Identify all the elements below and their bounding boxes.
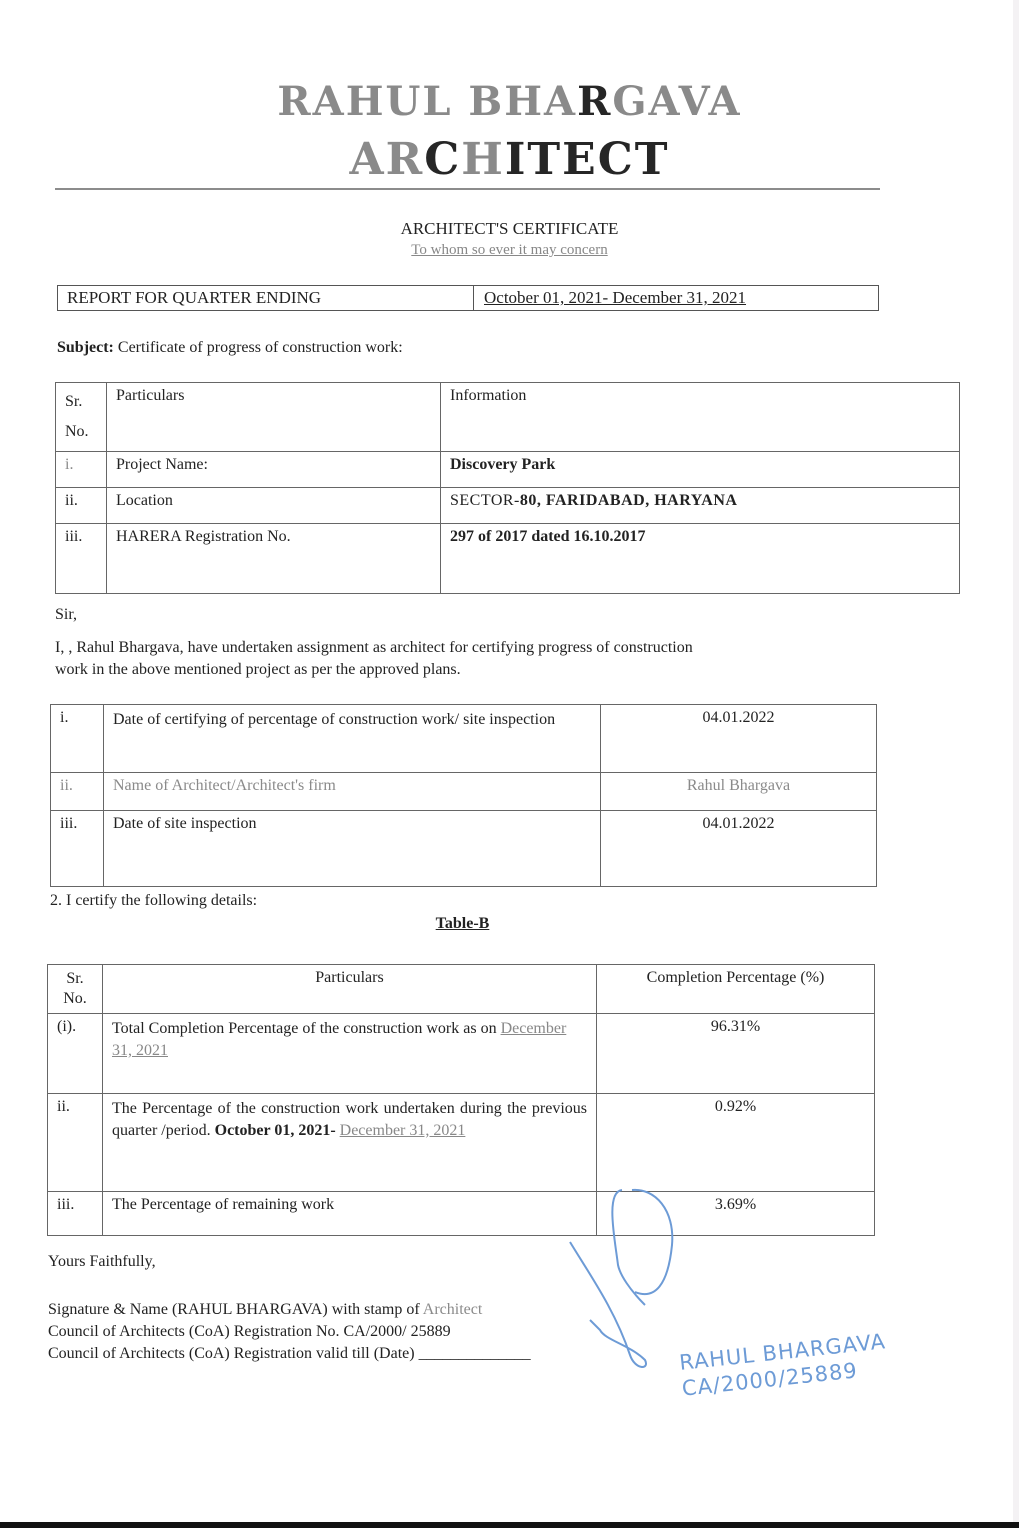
signature-line-text: Signature & Name (RAHUL BHARGAVA) with s… [48,1301,423,1318]
cell-sr: i. [56,452,107,488]
header-sr-line1: Sr. [65,393,82,410]
certify-text: 2. I certify the following details: [50,890,257,912]
cell-sr: iii. [48,1192,103,1236]
cell-sr: (i). [48,1014,103,1094]
table-row: ii. The Percentage of the construction w… [48,1094,875,1192]
table-row: i. Project Name: Discovery Park [56,452,960,488]
cell-particular: HARERA Registration No. [107,524,441,594]
signature-block: Signature & Name (RAHUL BHARGAVA) with s… [48,1299,531,1365]
cell-info: SECTOR-80, FARIDABAD, HARYANA [441,488,960,524]
cell-particular-date: December 31, 2021 [340,1122,466,1139]
header-cell-completion: Completion Percentage (%) [597,965,875,1014]
table-b-title: Table-B [0,913,925,935]
cell-particular: Name of Architect/Architect's firm [104,773,601,811]
cell-particular-text: Total Completion Percentage of the const… [112,1020,501,1037]
cell-particular: Project Name: [107,452,441,488]
cell-particular: Total Completion Percentage of the const… [103,1014,597,1094]
letterhead-profession-part: H [461,134,505,185]
cell-value: Rahul Bhargava [601,773,877,811]
certificate-title: ARCHITECT'S CERTIFICATE [0,219,1019,239]
table-row: i. Date of certifying of percentage of c… [51,705,877,773]
cell-value: 0.92% [597,1094,875,1192]
table-row: iii. HARERA Registration No. 297 of 2017… [56,524,960,594]
letterhead-name-part: R [577,78,612,125]
quarter-value: October 01, 2021- December 31, 2021 [474,286,746,310]
cell-particular: Location [107,488,441,524]
header-sr-line2: No. [63,990,87,1007]
letterhead-profession-part: AR [350,134,425,185]
completion-table: Sr.No. Particulars Completion Percentage… [47,964,875,1236]
letter-body-line2: work in the above mentioned project as p… [55,661,461,678]
subject-label: Subject: [57,339,114,356]
cell-sr: ii. [48,1094,103,1192]
cell-particular: The Percentage of remaining work [103,1192,597,1236]
table-row: ii. Name of Architect/Architect's firm R… [51,773,877,811]
table-header-row: Sr.No. Particulars Information [56,383,960,452]
cell-particular-period: October 01, 2021- [215,1122,336,1139]
header-cell-sr: Sr.No. [56,383,107,452]
salutation: Sir, [55,604,77,626]
header-sr-line2: No. [65,423,89,440]
table-row: iii. The Percentage of remaining work 3.… [48,1192,875,1236]
cell-info-part: 80, FARIDABAD, HARYANA [520,492,738,509]
quarter-box: REPORT FOR QUARTER ENDING October 01, 20… [57,285,879,311]
signature-line-architect: Architect [423,1301,483,1318]
header-sr-line1: Sr. [66,970,83,987]
letterhead-name-part: GAVA [612,78,741,125]
letterhead-profession-part: ITECT [505,134,670,185]
letterhead-name-part: RAHUL BHA [277,78,577,125]
cell-sr: iii. [56,524,107,594]
cell-value: 96.31% [597,1014,875,1094]
letterhead-divider [55,188,880,190]
letterhead-profession-part: C [424,134,461,185]
header-cell-information: Information [441,383,960,452]
header-cell-sr: Sr.No. [48,965,103,1014]
closing-yours: Yours Faithfully, [48,1251,156,1273]
certificate-subtitle-text: To whom so ever it may concern [411,242,607,258]
cell-value: 04.01.2022 [601,705,877,773]
letterhead-name: RAHUL BHARGAVA [0,78,1019,125]
inspection-table: i. Date of certifying of percentage of c… [50,704,877,887]
coa-registration: Council of Architects (CoA) Registration… [48,1323,451,1340]
header-cell-particulars: Particulars [107,383,441,452]
cell-info: 297 of 2017 dated 16.10.2017 [441,524,960,594]
table-header-row: Sr.No. Particulars Completion Percentage… [48,965,875,1014]
header-cell-particulars: Particulars [103,965,597,1014]
cell-sr: i. [51,705,104,773]
project-info-table: Sr.No. Particulars Information i. Projec… [55,382,960,594]
certificate-subtitle: To whom so ever it may concern [0,242,1019,259]
table-row: (i). Total Completion Percentage of the … [48,1014,875,1094]
cell-particular: Date of site inspection [104,811,601,887]
architect-stamp: RAHUL BHARGAVA CA/2000/25889 [678,1328,890,1401]
subject-text: Certificate of progress of construction … [114,339,403,356]
letterhead-profession: ARCHITECT [0,134,1019,185]
coa-valid-till: Council of Architects (CoA) Registration… [48,1345,531,1362]
cell-particular: The Percentage of the construction work … [103,1094,597,1192]
cell-info-part: SECTOR- [450,492,520,509]
cell-info: Discovery Park [441,452,960,488]
cell-sr: ii. [56,488,107,524]
subject-line: Subject: Certificate of progress of cons… [57,339,403,357]
cell-sr: ii. [51,773,104,811]
table-b-title-text: Table-B [436,915,490,932]
cell-sr: iii. [51,811,104,887]
quarter-label: REPORT FOR QUARTER ENDING [58,286,474,310]
cell-particular: Date of certifying of percentage of cons… [104,705,601,773]
letter-body-line1: I, , Rahul Bhargava, have undertaken ass… [55,639,693,656]
table-row: iii. Date of site inspection 04.01.2022 [51,811,877,887]
table-row: ii. Location SECTOR-80, FARIDABAD, HARYA… [56,488,960,524]
scan-bottom-edge [0,1522,1019,1528]
cell-value: 04.01.2022 [601,811,877,887]
letter-body: I, , Rahul Bhargava, have undertaken ass… [55,637,885,681]
